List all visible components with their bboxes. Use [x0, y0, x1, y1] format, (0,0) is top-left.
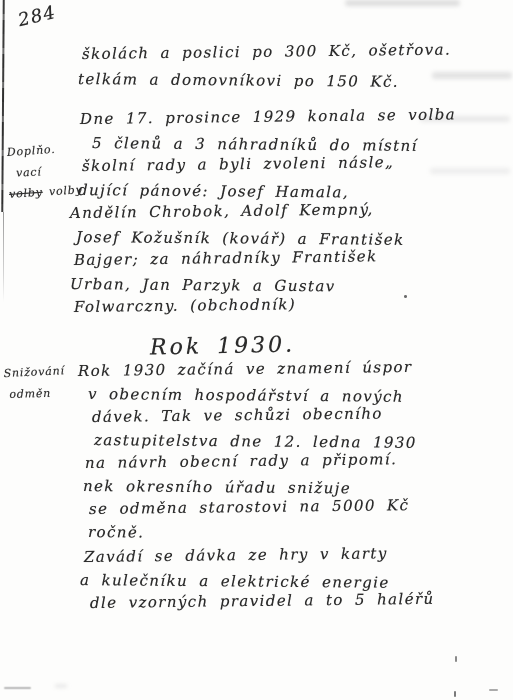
body-paragraph-1: školách a poslici po 300 Kč, ošetřova. t…: [70, 42, 451, 92]
book-spine-shadow: [1, 0, 4, 212]
ink-speck: [455, 656, 457, 662]
text-line: Zavádí se dávka ze hry v karty: [84, 542, 435, 569]
margin-note-lowering-remunerations: Snižování odměn: [3, 361, 66, 405]
book-spine-shadow-faint: [3, 212, 4, 302]
body-paragraph-2: Dne 17. prosince 1929 konala se volba 5 …: [70, 108, 456, 320]
text-line: Andělín Chrobok, Adolf Kempný,: [70, 197, 456, 225]
text-line: Rok 1930 začíná ve znamení úspor: [78, 356, 417, 383]
scan-smudge: [345, 0, 460, 6]
text-line: Bajger; za náhradníky František: [74, 244, 456, 272]
section-heading-rok-1930: Rok 1930.: [150, 332, 296, 360]
scan-smudge: [55, 685, 67, 687]
margin-note-line: Snižování: [3, 360, 65, 384]
text-line: Dne 17. prosince 1929 konala se volba: [80, 103, 456, 131]
text-line: školách a poslici po 300 Kč, ošetřova.: [82, 37, 451, 67]
text-line: telkám a domovníkovi po 150 Kč.: [78, 67, 451, 95]
text-line: dle vzorných pravidel a to 5 haléřů: [90, 588, 435, 615]
body-paragraph-3: Rok 1930 začíná ve znamení úspor v obecn…: [70, 360, 417, 544]
ink-speck: [489, 689, 498, 691]
margin-note-line: odměn: [9, 382, 66, 404]
struck-word: volby: [9, 186, 43, 201]
text-line: Folwarczny. (obchodník): [74, 291, 456, 319]
scan-smudge: [4, 687, 31, 689]
scanned-chronicle-page: 284 Doplňo. vací volby volby školách a p…: [0, 0, 513, 700]
text-line: dávek. Tak ve schůzi obecního: [92, 402, 417, 429]
body-paragraph-4: Zavádí se dávka ze hry v karty a kuleční…: [70, 546, 435, 615]
text-line: se odměna starostovi na 5000 Kč: [89, 494, 417, 521]
ink-speck: [454, 691, 456, 697]
text-line: školní rady a byli zvoleni násle„: [82, 150, 456, 178]
page-number: 284: [16, 2, 58, 31]
text-line: na návrh obecní rady a připomí.: [85, 448, 417, 475]
